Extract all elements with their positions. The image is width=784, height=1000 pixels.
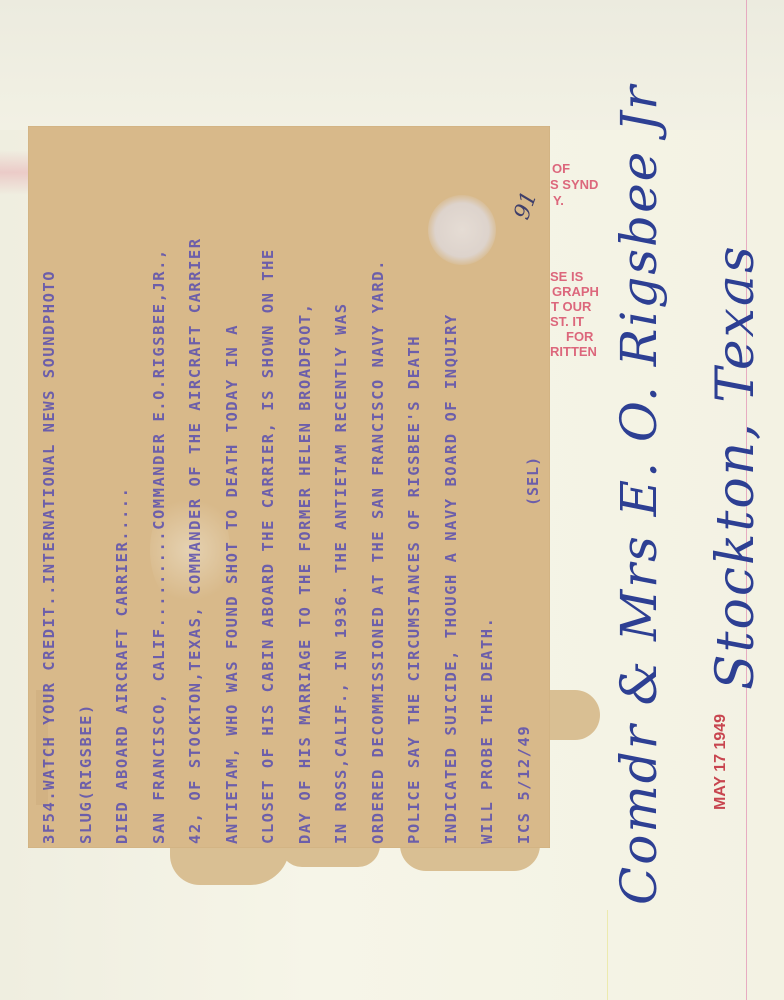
date-stamp: MAY 17 1949 xyxy=(712,714,730,810)
caption-line: SAN FRANCISCO, CALIF.........COMMANDER E… xyxy=(150,248,168,844)
typed-caption: (SEL) 3F54.WATCH YOUR CREDIT..INTERNATIO… xyxy=(40,122,562,844)
caption-line: ANTIETAM, WHO WAS FOUND SHOT TO DEATH TO… xyxy=(223,324,241,844)
caption-line: DAY OF HIS MARRIAGE TO THE FORMER HELEN … xyxy=(296,302,314,844)
caption-line: WILL PROBE THE DEATH. xyxy=(478,617,496,844)
caption-line: IN ROSS,CALIF., IN 1936. THE ANTIETAM RE… xyxy=(332,302,350,844)
caption-line: ORDERED DECOMMISSIONED AT THE SAN FRANCI… xyxy=(369,259,387,844)
red-smudge xyxy=(0,150,28,195)
caption-line: CLOSET OF HIS CABIN ABOARD THE CARRIER, … xyxy=(259,248,277,844)
caption-line: POLICE SAY THE CIRCUMSTANCES OF RIGSBEE'… xyxy=(405,335,423,844)
caption-line: DIED ABOARD AIRCRAFT CARRIER..... xyxy=(113,487,131,844)
glue-residue xyxy=(400,845,540,871)
stamp-fragment: FOR xyxy=(566,330,593,343)
caption-line: ICS 5/12/49 xyxy=(515,725,533,844)
photo-back-page: OFS SYNDY.SE ISGRAPHT OURST. ITFORRITTEN… xyxy=(0,0,784,1000)
caption-line: SLUG(RIGSBEE) xyxy=(77,703,95,844)
caption-line: INDICATED SUICIDE, THOUGH A NAVY BOARD O… xyxy=(442,313,460,844)
caption-line: 3F54.WATCH YOUR CREDIT..INTERNATIONAL NE… xyxy=(40,270,58,844)
handwritten-name: Comdr & Mrs E. O. Rigsbee Jr xyxy=(610,84,668,905)
sel-mark: (SEL) xyxy=(524,456,542,506)
glue-residue xyxy=(280,845,380,867)
glue-residue xyxy=(170,845,290,885)
margin-line-faint xyxy=(607,910,608,1000)
caption-line: 42, OF STOCKTON,TEXAS, COMMANDER OF THE … xyxy=(186,237,204,844)
handwritten-location: Stockton, Texas xyxy=(706,244,766,690)
